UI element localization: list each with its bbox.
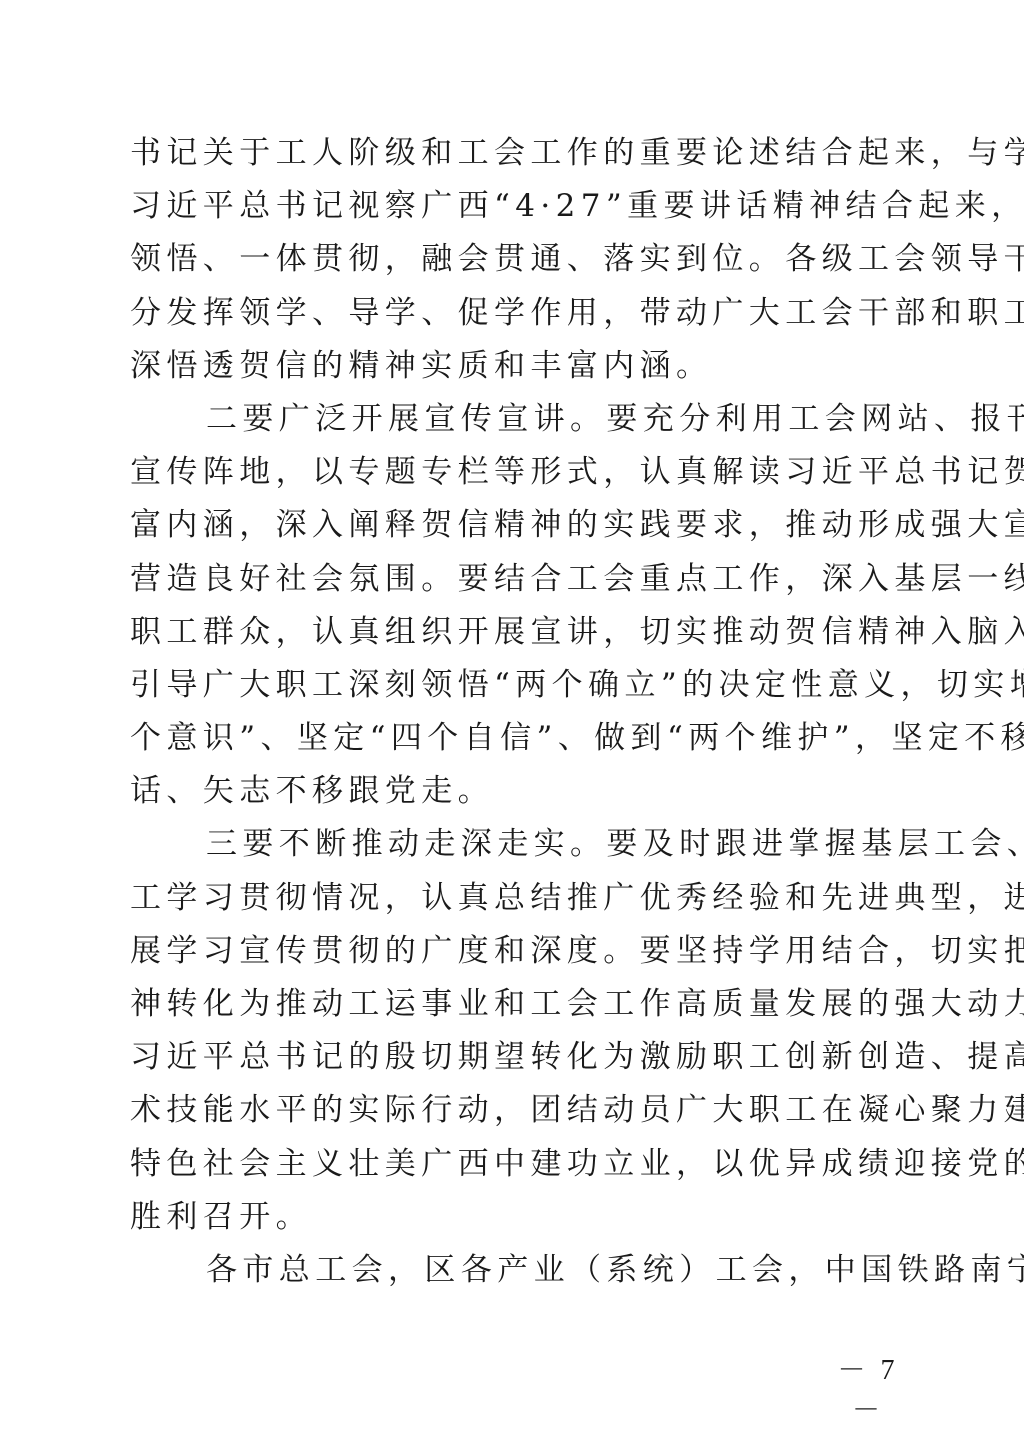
text-line: 个意识”、坚定“四个自信”、做到“两个维护”，坚定不移听党 xyxy=(130,712,896,765)
paragraph-continuation: 书记关于工人阶级和工会工作的重要论述结合起来，与学习贯彻 习近平总书记视察广西“… xyxy=(130,127,896,393)
text-line: 神转化为推动工运事业和工会工作高质量发展的强大动力，把 xyxy=(130,978,896,1031)
paragraph-heading-line: 三要不断推动走深走实。要及时跟进掌握基层工会、广大职 xyxy=(130,818,896,871)
text-line: 话、矢志不移跟党走。 xyxy=(130,765,896,818)
text-line: 富内涵，深入阐释贺信精神的实践要求，推动形成强大宣传声势， xyxy=(130,499,896,552)
text-line: 特色社会主义壮美广西中建功立业，以优异成绩迎接党的二十大 xyxy=(130,1138,896,1191)
text-line: 领悟、一体贯彻，融会贯通、落实到位。各级工会领导干部要充 xyxy=(130,233,896,286)
text-line: 各市总工会，区各产业（系统）工会，中国铁路南宁局集团 xyxy=(130,1244,896,1297)
text-line: 分发挥领学、导学、促学作用，带动广大工会干部和职工群众学 xyxy=(130,287,896,340)
page-number: － 7 － xyxy=(828,1348,908,1428)
text-line: 术技能水平的实际行动，团结动员广大职工在凝心聚力建设中国 xyxy=(130,1084,896,1137)
text-line: 习近平总书记的殷切期望转化为激励职工创新创造、提高职工技 xyxy=(130,1031,896,1084)
document-page: 书记关于工人阶级和工会工作的重要论述结合起来，与学习贯彻 习近平总书记视察广西“… xyxy=(0,0,1024,1447)
text-line: 职工群众，认真组织开展宣讲，切实推动贺信精神入脑入心入行， xyxy=(130,606,896,659)
paragraph-heading-line: 二要广泛开展宣传宣讲。要充分利用工会网站、报刊等舆论 xyxy=(130,393,896,446)
text-line: 胜利召开。 xyxy=(130,1191,896,1244)
paragraph-addressees: 各市总工会，区各产业（系统）工会，中国铁路南宁局集团 xyxy=(130,1244,896,1297)
paragraph-publicity: 二要广泛开展宣传宣讲。要充分利用工会网站、报刊等舆论 宣传阵地，以专题专栏等形式… xyxy=(130,393,896,819)
text-line: 营造良好社会氛围。要结合工会重点工作，深入基层一线、走近 xyxy=(130,553,896,606)
text-line: 引导广大职工深刻领悟“两个确立”的决定性意义，切实增强“四 xyxy=(130,659,896,712)
text-line: 书记关于工人阶级和工会工作的重要论述结合起来，与学习贯彻 xyxy=(130,127,896,180)
text-line: 展学习宣传贯彻的广度和深度。要坚持学用结合，切实把贺信精 xyxy=(130,925,896,978)
text-line: 工学习贯彻情况，认真总结推广优秀经验和先进典型，进一步拓 xyxy=(130,872,896,925)
text-line: 习近平总书记视察广西“4·27”重要讲话精神结合起来，一体 xyxy=(130,180,896,233)
body-text: 书记关于工人阶级和工会工作的重要论述结合起来，与学习贯彻 习近平总书记视察广西“… xyxy=(130,127,896,1297)
text-line: 深悟透贺信的精神实质和丰富内涵。 xyxy=(130,340,896,393)
paragraph-implementation: 三要不断推动走深走实。要及时跟进掌握基层工会、广大职 工学习贯彻情况，认真总结推… xyxy=(130,818,896,1244)
text-line: 宣传阵地，以专题专栏等形式，认真解读习近平总书记贺信的丰 xyxy=(130,446,896,499)
